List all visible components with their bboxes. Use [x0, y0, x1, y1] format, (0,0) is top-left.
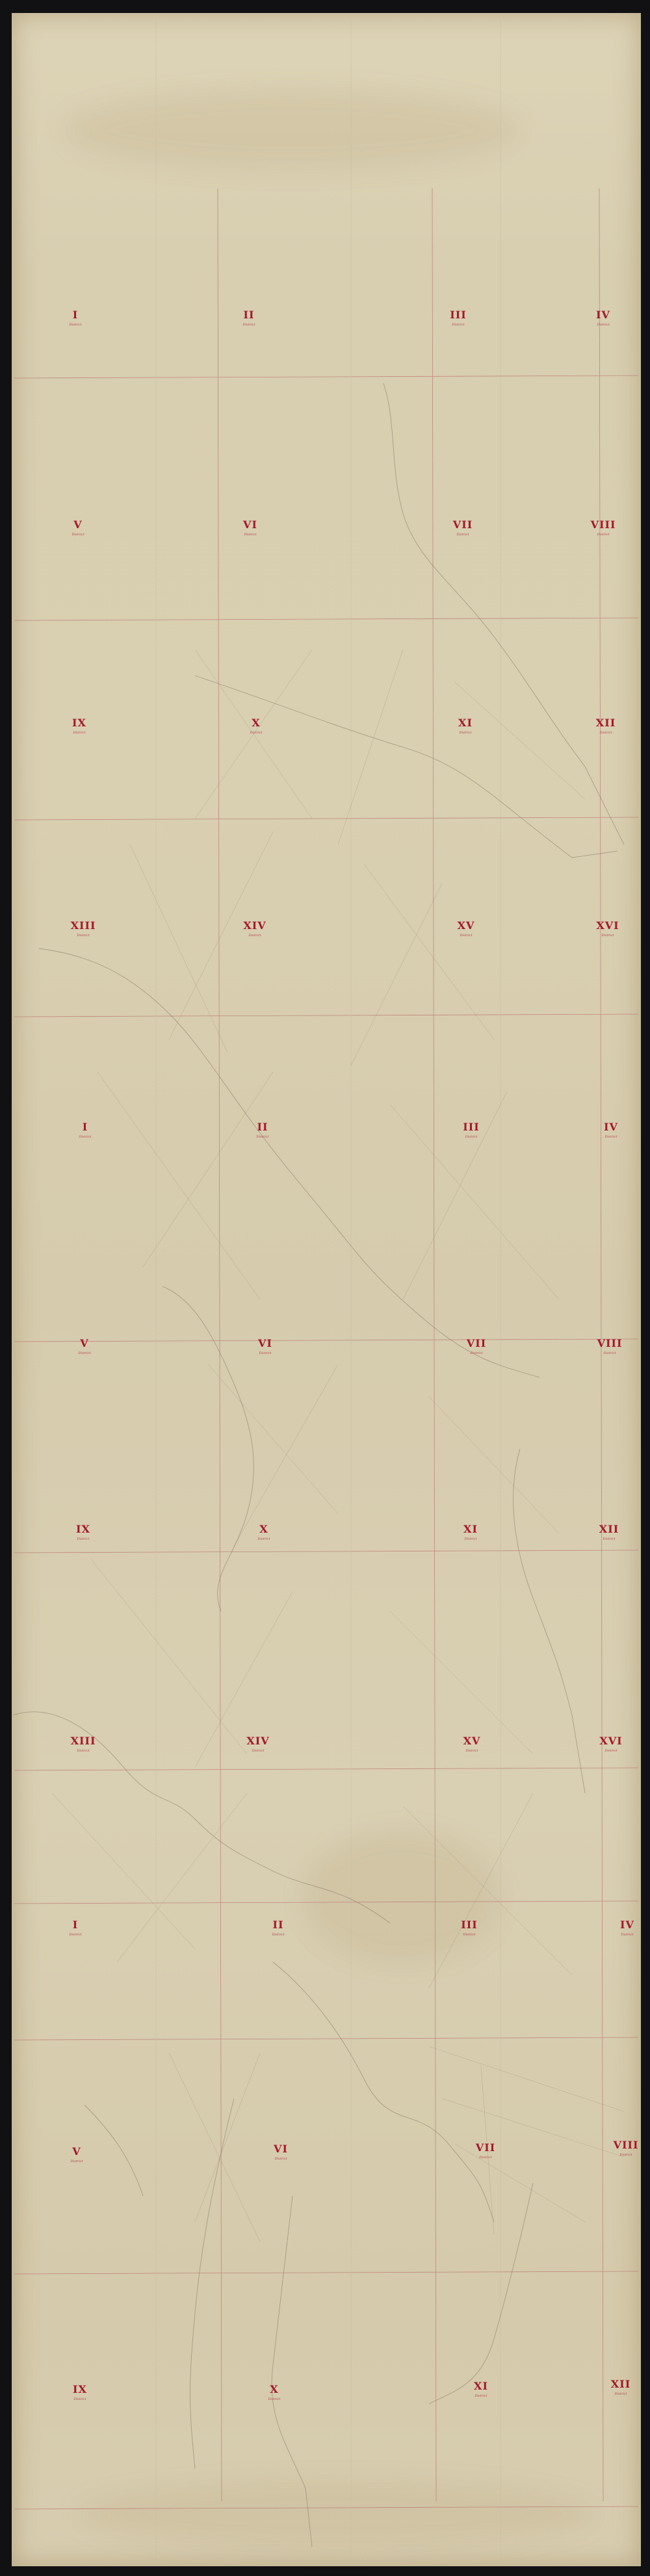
section-numeral: V [72, 2145, 81, 2158]
section-label: IDistrict [70, 1919, 82, 1937]
section-numeral: XIV [246, 1735, 269, 1747]
district-caption: District [243, 533, 257, 537]
section-label: XIDistrict [458, 717, 473, 735]
district-caption: District [258, 1537, 270, 1541]
section-label: IIIDistrict [450, 309, 466, 327]
section-label: IXDistrict [72, 717, 86, 735]
section-label: VIDistrict [258, 1337, 272, 1355]
section-label: VIIIDistrict [597, 1337, 623, 1355]
district-caption: District [458, 731, 473, 735]
section-label: IDistrict [70, 309, 82, 327]
district-caption: District [246, 1749, 269, 1753]
district-caption: District [71, 1749, 96, 1753]
district-caption: District [71, 2160, 83, 2163]
section-numeral: I [73, 1919, 78, 1931]
section-label: XVIDistrict [596, 919, 619, 937]
section-numeral: XII [611, 2378, 630, 2390]
section-label: VIIDistrict [467, 1337, 486, 1355]
district-caption: District [72, 731, 86, 735]
district-caption: District [591, 533, 616, 537]
section-numeral: I [73, 309, 78, 321]
section-numeral: IV [596, 309, 610, 321]
section-numeral: XI [463, 1523, 478, 1535]
district-caption: District [243, 323, 255, 327]
section-numeral: III [463, 1121, 479, 1133]
section-label: IIDistrict [257, 1121, 269, 1139]
section-numeral: I [83, 1121, 88, 1133]
section-label: IXDistrict [76, 1523, 90, 1541]
district-caption: District [604, 1135, 618, 1139]
section-numeral: XIII [71, 1735, 96, 1747]
section-label: VIIDistrict [453, 518, 473, 537]
district-caption: District [274, 2157, 288, 2161]
section-numeral: VII [453, 518, 473, 531]
map-sheet [12, 13, 641, 2566]
section-label: VDistrict [71, 2145, 83, 2163]
district-caption: District [614, 2153, 639, 2157]
district-caption: District [79, 1135, 92, 1139]
district-caption: District [73, 2397, 87, 2401]
district-caption: District [76, 1537, 90, 1541]
section-label: XIIDistrict [611, 2378, 630, 2396]
section-label: XIVDistrict [243, 919, 266, 937]
section-numeral: II [273, 1919, 284, 1931]
district-caption: District [620, 1933, 634, 1937]
district-caption: District [453, 533, 473, 537]
paper-stain [304, 1832, 499, 1962]
district-caption: District [467, 1351, 486, 1355]
section-numeral: VI [243, 518, 257, 531]
section-label: XDistrict [258, 1523, 270, 1541]
section-numeral: IX [73, 2383, 87, 2395]
section-numeral: XVI [596, 919, 619, 932]
section-label: VIIIDistrict [591, 518, 616, 537]
section-label: IXDistrict [73, 2383, 87, 2401]
section-label: XIIIDistrict [71, 919, 96, 937]
district-caption: District [71, 934, 96, 937]
district-caption: District [597, 1351, 623, 1355]
district-caption: District [458, 934, 475, 937]
section-numeral: XIV [243, 919, 266, 932]
district-caption: District [599, 1749, 622, 1753]
district-caption: District [474, 2394, 488, 2398]
section-label: VDistrict [72, 518, 84, 537]
section-label: XDistrict [268, 2383, 281, 2401]
section-label: XVIDistrict [599, 1735, 622, 1753]
district-caption: District [70, 1933, 82, 1937]
section-label: IVDistrict [620, 1919, 634, 1937]
section-numeral: XII [599, 1523, 619, 1535]
section-label: VIIDistrict [476, 2141, 495, 2160]
section-label: IIIDistrict [463, 1121, 479, 1139]
section-numeral: XVI [599, 1735, 622, 1747]
section-label: VDistrict [79, 1337, 91, 1355]
section-label: IDistrict [79, 1121, 92, 1139]
section-numeral: VIII [597, 1337, 623, 1349]
paper-stain [64, 91, 519, 169]
district-caption: District [243, 934, 266, 937]
section-label: IIIDistrict [461, 1919, 477, 1937]
section-label: IVDistrict [596, 309, 610, 327]
district-caption: District [79, 1351, 91, 1355]
district-caption: District [596, 731, 616, 735]
section-numeral: VIII [591, 518, 616, 531]
section-numeral: XII [596, 717, 616, 729]
section-label: VIIIDistrict [614, 2139, 639, 2157]
section-numeral: II [257, 1121, 268, 1133]
section-label: XIDistrict [474, 2380, 488, 2398]
section-numeral: XI [458, 717, 473, 729]
section-label: VIDistrict [243, 518, 257, 537]
section-numeral: XV [458, 919, 475, 932]
section-numeral: VIII [614, 2139, 639, 2151]
section-numeral: V [73, 518, 82, 531]
section-numeral: XV [463, 1735, 481, 1747]
section-numeral: III [461, 1919, 477, 1931]
district-caption: District [72, 533, 84, 537]
section-label: IVDistrict [604, 1121, 618, 1139]
district-caption: District [450, 323, 466, 327]
district-caption: District [257, 1135, 269, 1139]
section-label: IIDistrict [243, 309, 255, 327]
section-label: XVDistrict [458, 919, 475, 937]
district-caption: District [596, 323, 610, 327]
section-label: XIDistrict [463, 1523, 478, 1541]
district-caption: District [463, 1537, 478, 1541]
district-caption: District [272, 1933, 285, 1937]
section-numeral: VII [467, 1337, 486, 1349]
section-label: VIDistrict [274, 2143, 288, 2161]
section-numeral: III [450, 309, 466, 321]
district-caption: District [596, 934, 619, 937]
district-caption: District [258, 1351, 272, 1355]
section-numeral: IV [604, 1121, 618, 1133]
district-caption: District [476, 2156, 495, 2160]
section-label: XIIDistrict [599, 1523, 619, 1541]
section-numeral: VI [274, 2143, 288, 2155]
section-numeral: VII [476, 2141, 495, 2154]
section-label: XVDistrict [463, 1735, 481, 1753]
section-label: XIIIDistrict [71, 1735, 96, 1753]
section-label: IIDistrict [272, 1919, 285, 1937]
district-caption: District [250, 731, 263, 735]
district-caption: District [599, 1537, 619, 1541]
section-numeral: X [270, 2383, 278, 2395]
district-caption: District [611, 2392, 630, 2396]
paper-stain [77, 2482, 597, 2547]
section-numeral: XIII [71, 919, 96, 932]
section-numeral: IV [620, 1919, 634, 1931]
section-label: XIVDistrict [246, 1735, 269, 1753]
section-numeral: VI [258, 1337, 272, 1349]
section-numeral: XI [474, 2380, 488, 2392]
section-label: XDistrict [250, 717, 263, 735]
district-caption: District [463, 1749, 481, 1753]
section-numeral: II [244, 309, 255, 321]
district-caption: District [463, 1135, 479, 1139]
section-numeral: V [80, 1337, 88, 1349]
section-label: XIIDistrict [596, 717, 616, 735]
section-numeral: IX [72, 717, 86, 729]
district-caption: District [70, 323, 82, 327]
district-caption: District [268, 2397, 281, 2401]
section-numeral: IX [76, 1523, 90, 1535]
district-caption: District [461, 1933, 477, 1937]
section-numeral: X [259, 1523, 268, 1535]
section-numeral: X [252, 717, 260, 729]
